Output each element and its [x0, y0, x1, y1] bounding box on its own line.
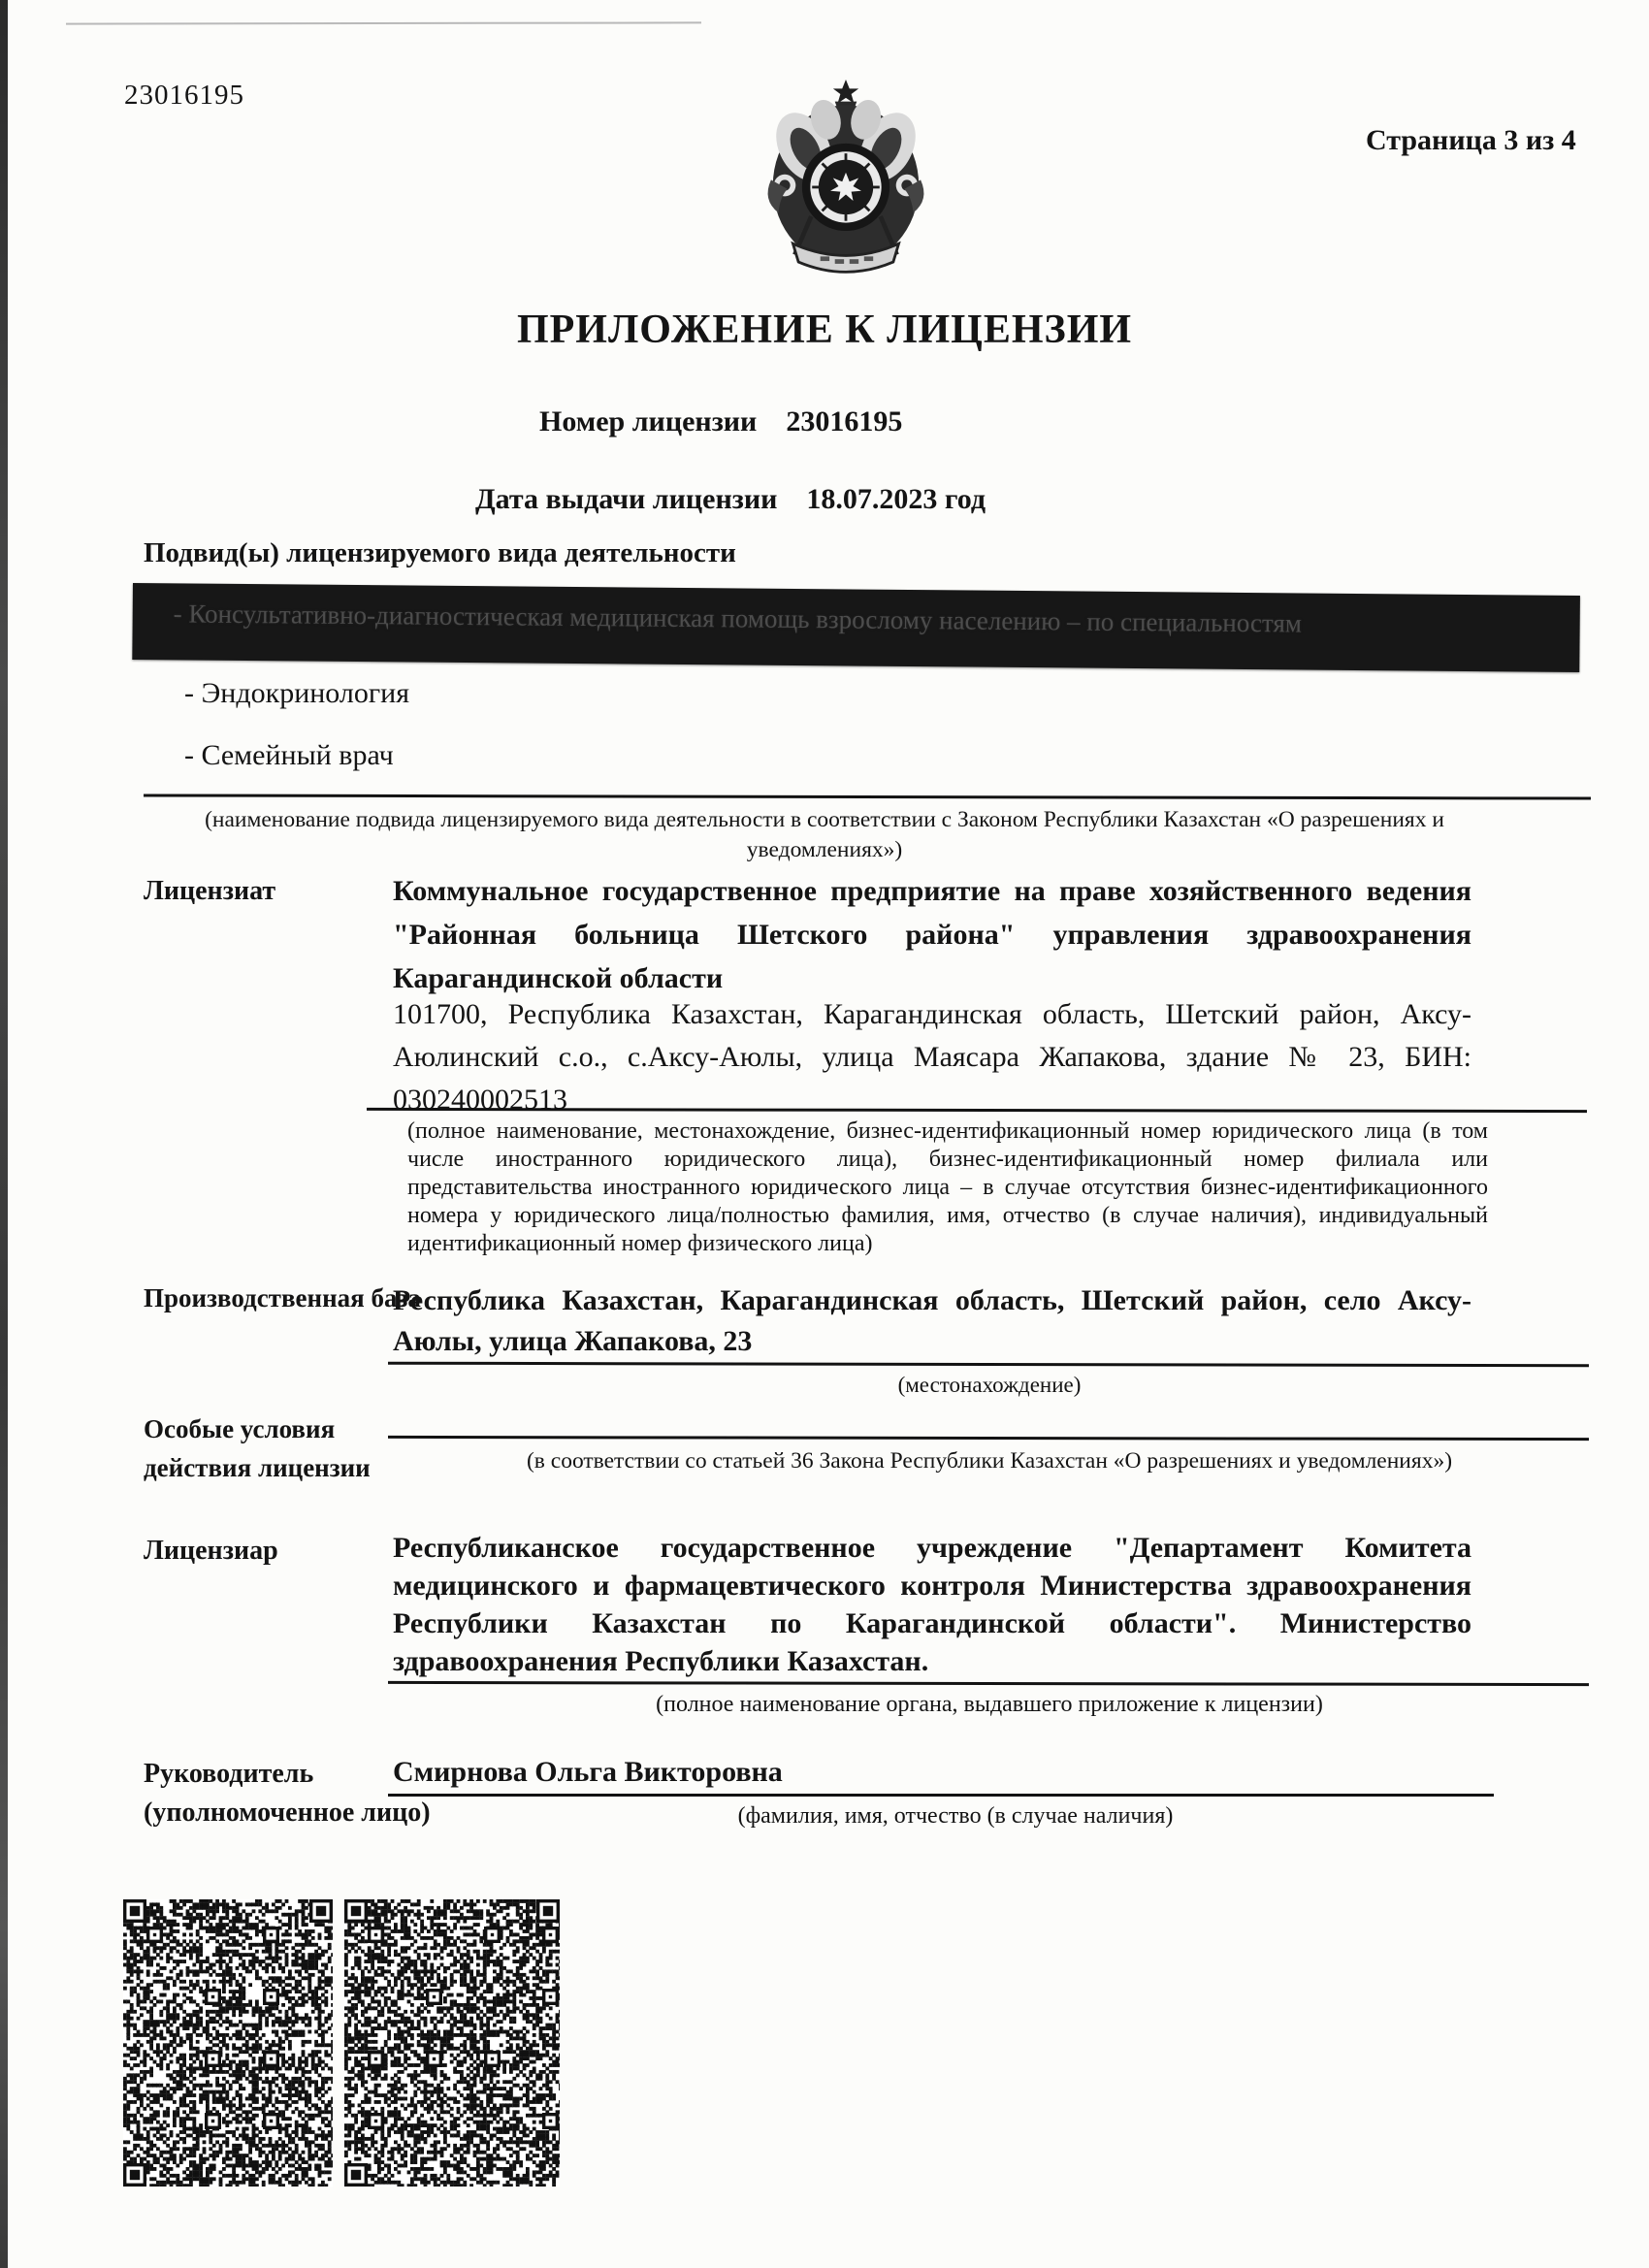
page-indicator: Страница 3 из 4	[1366, 124, 1576, 157]
redacted-subtype-bar: - Консультативно-диагностическая медицин…	[132, 583, 1580, 672]
head-caption: (фамилия, имя, отчество (в случае наличи…	[417, 1803, 1494, 1830]
licensee-caption: (полное наименование, местонахождение, б…	[407, 1118, 1488, 1258]
licensor-underline	[388, 1681, 1589, 1686]
special-conditions-caption: (в соответствии со статьей 36 Закона Рес…	[388, 1448, 1591, 1474]
head-label-line2: (уполномоченное лицо)	[144, 1798, 431, 1829]
head-value: Смирнова Ольга Викторовна	[393, 1756, 783, 1789]
license-date-value: 18.07.2023 год	[806, 483, 986, 515]
subtype-caption: (наименование подвида лицензируемого вид…	[147, 805, 1502, 865]
licensee-address: 101700, Республика Казахстан, Карагандин…	[393, 993, 1471, 1121]
license-number-label: Номер лицензии	[539, 405, 757, 437]
subtype-item: - Эндокринология	[184, 677, 409, 710]
doc-number: 23016195	[124, 80, 244, 112]
license-appendix-page: 23016195 Страница 3 из 4	[0, 0, 1649, 2268]
production-base-label: Производственная база	[144, 1283, 421, 1313]
special-conditions-label: Особые условия действия лицензии	[144, 1409, 388, 1487]
subtype-underline	[144, 794, 1591, 799]
licensee-name: Коммунальное государственное предприятие…	[393, 869, 1471, 1000]
production-base-value: Республика Казахстан, Карагандинская обл…	[393, 1280, 1471, 1362]
subtype-item: - Семейный врач	[184, 739, 394, 772]
page-title: ПРИЛОЖЕНИЕ К ЛИЦЕНЗИИ	[0, 307, 1649, 353]
head-label-line1: Руководитель	[144, 1759, 313, 1790]
qr-code-left	[123, 1899, 333, 2187]
licensor-label: Лицензиар	[144, 1536, 278, 1567]
production-base-caption: (местонахождение)	[388, 1373, 1591, 1398]
qr-code-right	[344, 1899, 560, 2187]
licensor-caption: (полное наименование органа, выдавшего п…	[388, 1692, 1591, 1718]
special-conditions-underline	[388, 1436, 1589, 1441]
redacted-subtype-text: - Консультативно-диагностическая медицин…	[174, 599, 1580, 641]
kazakhstan-coat-of-arms-icon	[755, 78, 937, 295]
licensor-value: Республиканское государственное учрежден…	[393, 1529, 1471, 1680]
top-scan-line	[66, 21, 701, 24]
license-number-value: 23016195	[786, 405, 902, 437]
license-number-row: Номер лицензии23016195	[539, 405, 902, 438]
license-date-label: Дата выдачи лицензии	[475, 483, 777, 515]
license-date-row: Дата выдачи лицензии18.07.2023 год	[475, 483, 986, 516]
licensee-label: Лицензиат	[144, 876, 275, 907]
head-underline	[388, 1794, 1494, 1797]
production-base-underline	[388, 1362, 1589, 1368]
subtypes-heading: Подвид(ы) лицензируемого вида деятельнос…	[144, 537, 736, 569]
